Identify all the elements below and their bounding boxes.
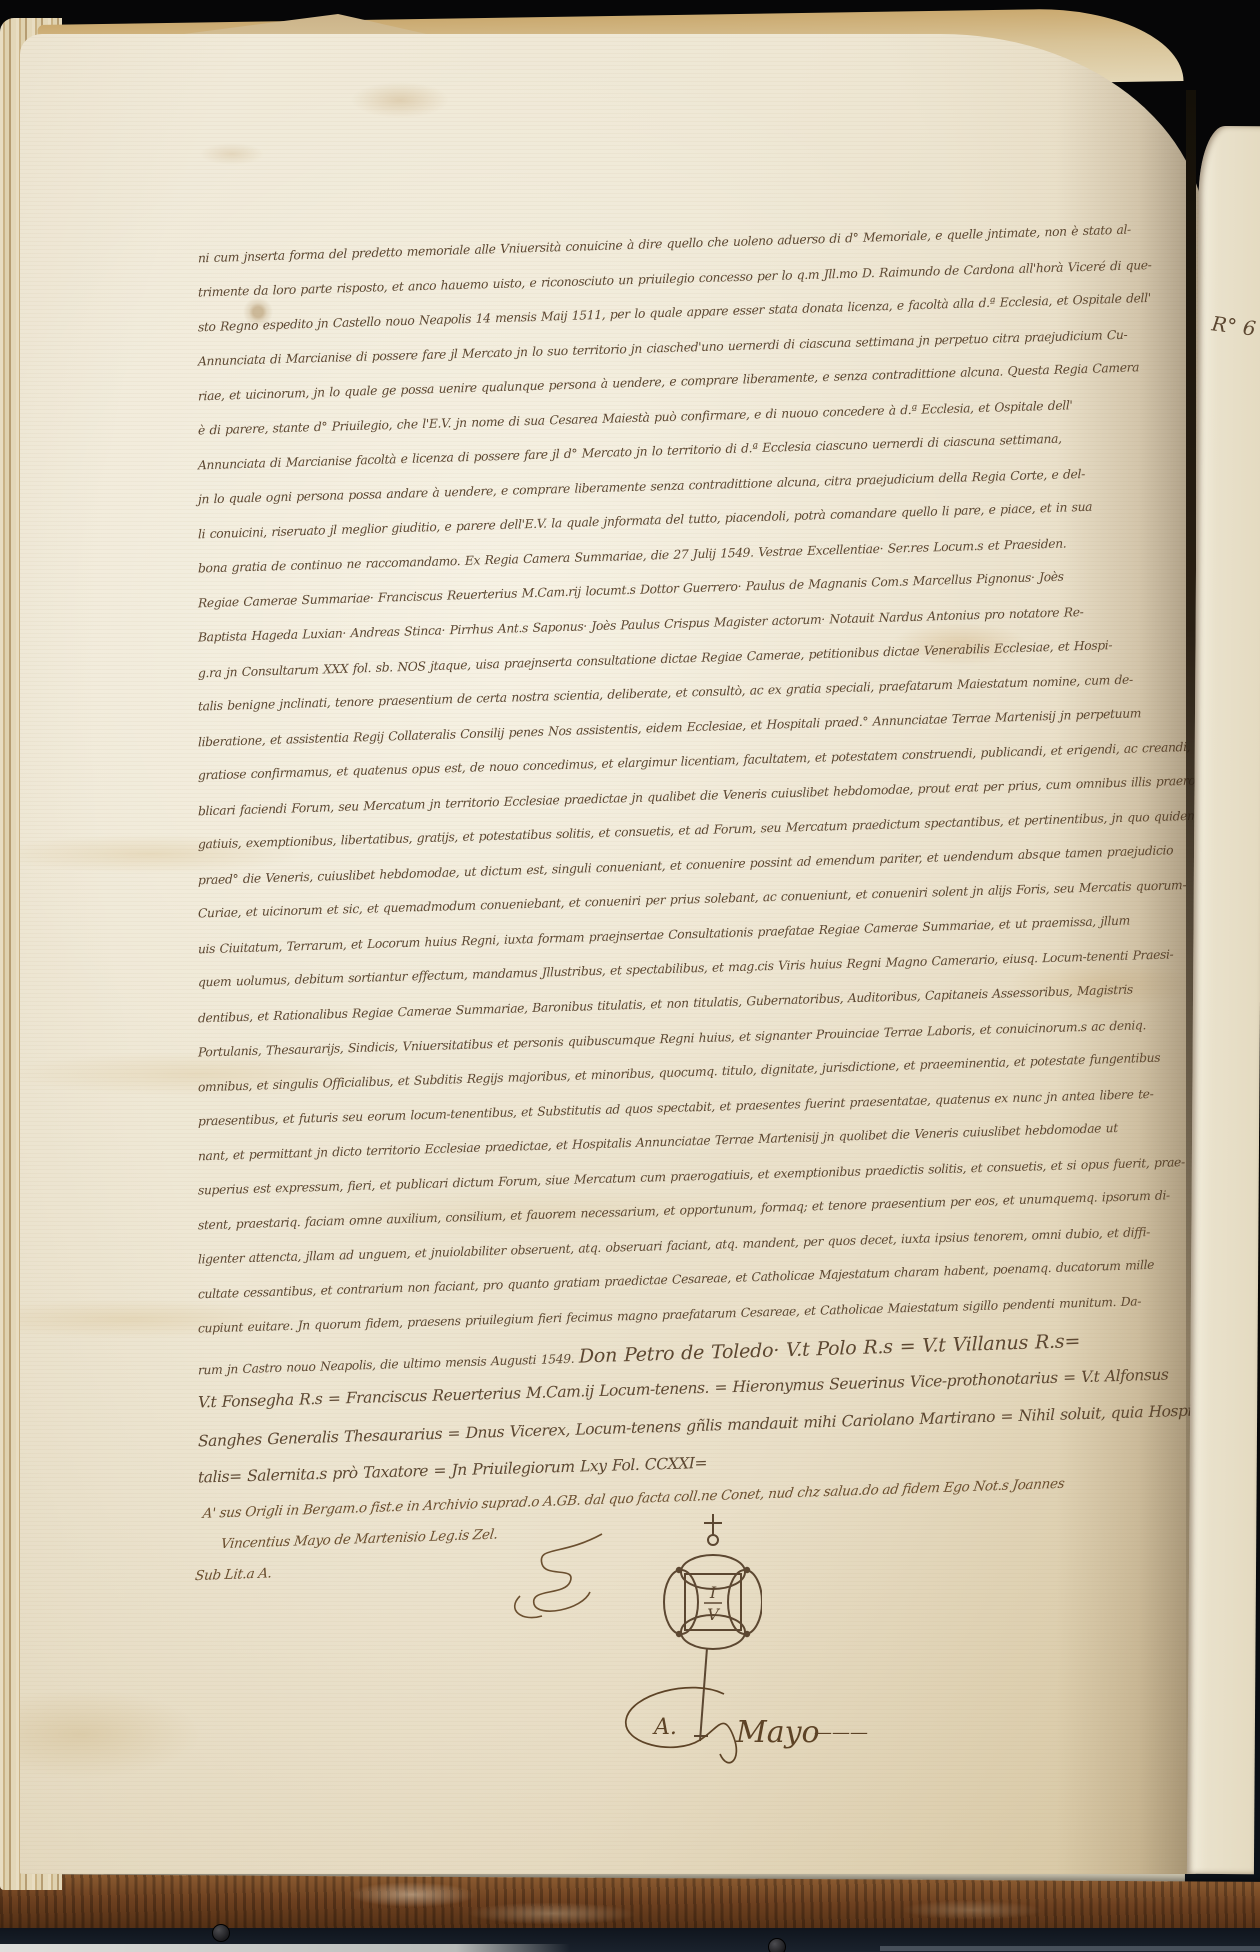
next-leaf-edge: R° 6 (1187, 126, 1260, 1874)
signature-dash: ——— (814, 1722, 868, 1743)
manuscript-text-block: ni cum jnserta forma del predetto memori… (198, 227, 998, 1506)
table-edge-highlight (0, 1944, 570, 1952)
screw-head (768, 1938, 786, 1952)
notary-signature: A. Mayo ——— (596, 1676, 886, 1776)
registry-margin-note: R° 6 (1210, 311, 1257, 340)
signature-flourish (626, 1688, 737, 1763)
screw-head (212, 1924, 230, 1942)
seal-letter-bottom: V (707, 1605, 720, 1624)
page-curl-shadow (1056, 34, 1206, 1874)
notary-rubric-flourish (482, 1526, 632, 1626)
signature-initial: A. (652, 1715, 677, 1740)
manuscript-photo: ni cum jnserta forma del predetto memori… (0, 0, 1260, 1952)
manuscript-page: ni cum jnserta forma del predetto memori… (20, 34, 1206, 1874)
table-edge-highlight (880, 1946, 1260, 1951)
seal-letter-top: I (709, 1583, 717, 1602)
signature-name: Mayo (735, 1715, 820, 1750)
